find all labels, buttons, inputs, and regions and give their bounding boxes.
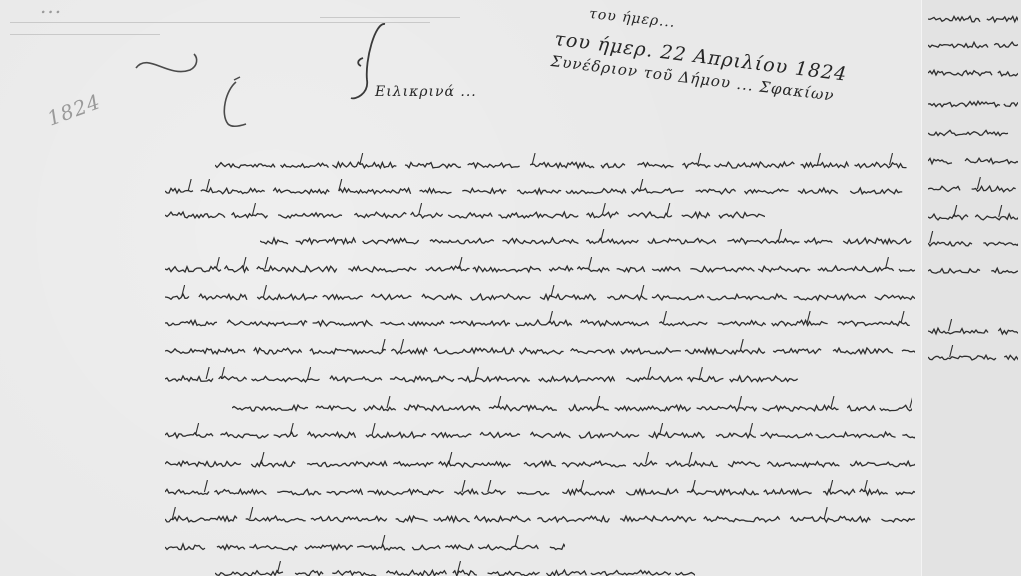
- handwriting-line: [928, 345, 1018, 367]
- handwriting-line: [165, 367, 805, 389]
- handwriting-line: [165, 507, 915, 529]
- margin-note: 1824: [44, 89, 104, 130]
- handwriting-line: [928, 61, 1018, 83]
- handwriting-line: [928, 7, 1018, 29]
- handwriting-line: [165, 257, 915, 279]
- top-faint-text: ...: [40, 0, 62, 18]
- handwriting-line: [928, 259, 1018, 281]
- adjacent-page: [921, 0, 1021, 576]
- handwriting-line: [165, 311, 915, 333]
- handwriting-line: [928, 121, 1018, 143]
- handwriting-line: [928, 149, 1018, 171]
- manuscript-page: ... του ήμερ... του ήμερ. 22 Απριλίου 18…: [0, 0, 921, 576]
- ruled-line: [10, 34, 160, 35]
- ruled-line: [320, 17, 460, 18]
- header-top-line: του ήμερ...: [588, 6, 676, 31]
- handwriting-line: [165, 423, 915, 445]
- salutation: Ειλικρινά ...: [375, 84, 477, 100]
- handwriting-line: [928, 319, 1018, 341]
- handwriting-line: [165, 480, 915, 502]
- handwriting-line: [165, 535, 565, 557]
- handwriting-line: [165, 179, 915, 201]
- handwriting-line: [232, 396, 912, 418]
- handwriting-line: [165, 339, 915, 361]
- handwriting-line: [928, 92, 1018, 114]
- handwriting-line: [260, 229, 915, 251]
- handwriting-line: [928, 231, 1018, 253]
- handwriting-line: [928, 205, 1018, 227]
- handwriting-line: [165, 203, 765, 225]
- handwriting-line: [215, 561, 695, 576]
- handwriting-line: [165, 285, 915, 307]
- handwriting-line: [215, 153, 915, 175]
- handwriting-line: [165, 452, 915, 474]
- flourish-icon: [128, 40, 268, 140]
- handwriting-line: [928, 33, 1018, 55]
- handwriting-line: [928, 177, 1018, 199]
